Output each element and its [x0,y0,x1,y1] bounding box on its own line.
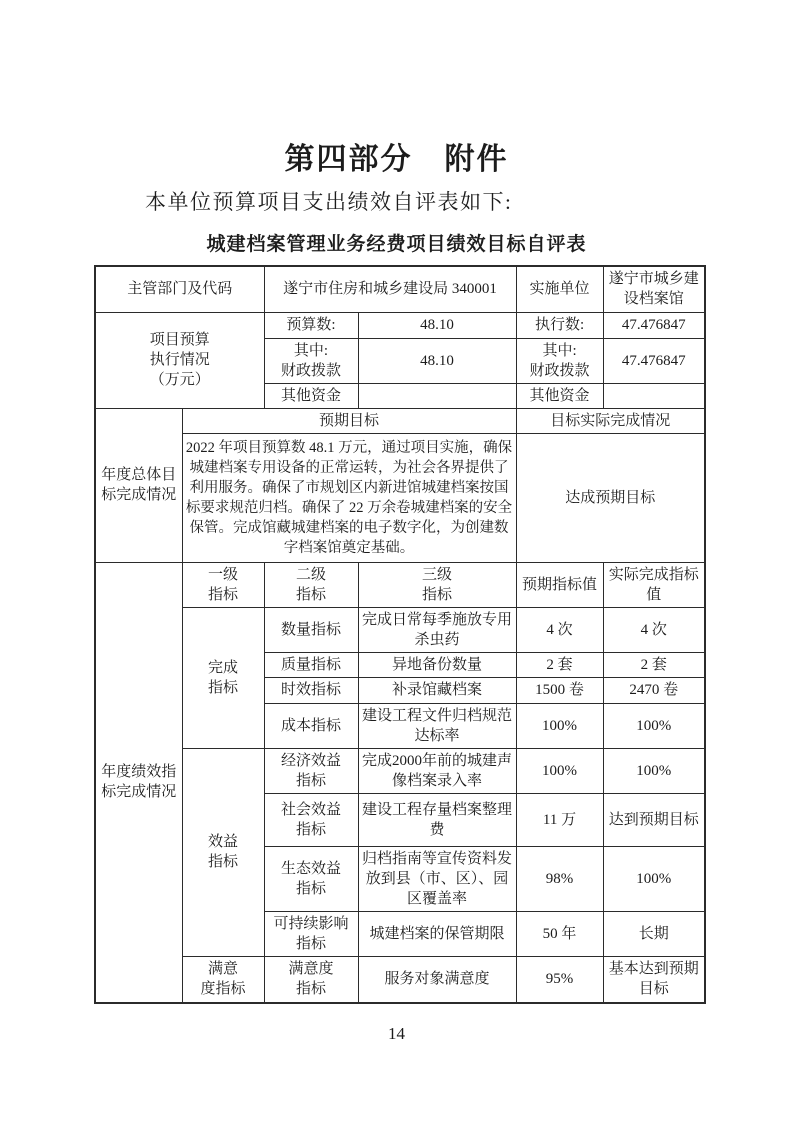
actual-value-cell: 4 次 [603,607,705,652]
exec-label-cell: 执行数: [516,312,603,338]
level2-cell: 经济效益 指标 [264,748,358,793]
budget-value-cell: 48.10 [358,338,516,383]
actual-value-cell: 长期 [603,911,705,956]
level3-cell: 归档指南等宣传资料发放到县（市、区）、园区覆盖率 [358,846,516,911]
expected-goal-text-cell: 2022 年项目预算数 48.1 万元，通过项目实施，确保城建档案专用设备的正常… [182,433,516,562]
table-row: 年度绩效指 标完成情况 一级 指标 二级 指标 三级 指标 预期指标值 实际完成… [95,562,705,607]
budget-label-cell: 其他资金 [264,383,358,408]
expected-value-cell: 1500 卷 [516,677,603,703]
budget-value-cell [358,383,516,408]
table-title: 城建档案管理业务经费项目绩效目标自评表 [0,229,793,256]
dept-label-cell: 主管部门及代码 [95,266,264,312]
level3-cell: 服务对象满意度 [358,956,516,1003]
table-row: 项目预算 执行情况 （万元） 预算数: 48.10 执行数: 47.476847 [95,312,705,338]
actual-goal-text-cell: 达成预期目标 [516,433,705,562]
budget-section-cell: 项目预算 执行情况 （万元） [95,312,264,408]
page-number: 14 [0,1024,793,1044]
level2-cell: 时效指标 [264,677,358,703]
page-heading: 第四部分 附件 [0,134,793,178]
exec-value-cell [603,383,705,408]
level3-cell: 城建档案的保管期限 [358,911,516,956]
expected-value-cell: 95% [516,956,603,1003]
level2-cell: 生态效益 指标 [264,846,358,911]
expected-value-cell: 100% [516,703,603,748]
expected-value-cell: 2 套 [516,652,603,677]
actual-value-cell: 基本达到预期目标 [603,956,705,1003]
expected-value-cell: 98% [516,846,603,911]
exec-label-cell: 其他资金 [516,383,603,408]
level3-cell: 建设工程文件归档规范达标率 [358,703,516,748]
expected-value-cell: 11 万 [516,793,603,846]
expected-goal-header-cell: 预期目标 [182,408,516,433]
impl-unit-value-cell: 遂宁市城乡建设档案馆 [603,266,705,312]
level3-header-cell: 三级 指标 [358,562,516,607]
actual-value-cell: 100% [603,703,705,748]
indicators-section-cell: 年度绩效指 标完成情况 [95,562,182,1003]
intro-line: 本单位预算项目支出绩效自评表如下: [145,186,512,216]
level1-header-cell: 一级 指标 [182,562,264,607]
dept-value-cell: 遂宁市住房和城乡建设局 340001 [264,266,516,312]
level1-cell: 完成 指标 [182,607,264,748]
actual-value-cell: 2470 卷 [603,677,705,703]
actual-value-cell: 2 套 [603,652,705,677]
actual-value-cell: 达到预期目标 [603,793,705,846]
actual-header-cell: 实际完成指标值 [603,562,705,607]
table-row: 满意 度指标 满意度 指标 服务对象满意度 95% 基本达到预期目标 [95,956,705,1003]
expected-value-cell: 4 次 [516,607,603,652]
table-row: 年度总体目 标完成情况 预期目标 目标实际完成情况 [95,408,705,433]
impl-unit-label-cell: 实施单位 [516,266,603,312]
self-evaluation-table: 主管部门及代码 遂宁市住房和城乡建设局 340001 实施单位 遂宁市城乡建设档… [94,265,706,1004]
level2-cell: 数量指标 [264,607,358,652]
level2-cell: 质量指标 [264,652,358,677]
level2-header-cell: 二级 指标 [264,562,358,607]
exec-label-cell: 其中: 财政拨款 [516,338,603,383]
table-row: 主管部门及代码 遂宁市住房和城乡建设局 340001 实施单位 遂宁市城乡建设档… [95,266,705,312]
level2-cell: 满意度 指标 [264,956,358,1003]
actual-value-cell: 100% [603,748,705,793]
exec-value-cell: 47.476847 [603,338,705,383]
expected-value-cell: 100% [516,748,603,793]
level2-cell: 可持续影响 指标 [264,911,358,956]
table-row: 2022 年项目预算数 48.1 万元，通过项目实施，确保城建档案专用设备的正常… [95,433,705,562]
exec-value-cell: 47.476847 [603,312,705,338]
annual-goal-section-cell: 年度总体目 标完成情况 [95,408,182,562]
actual-value-cell: 100% [603,846,705,911]
level3-cell: 建设工程存量档案整理费 [358,793,516,846]
level3-cell: 异地备份数量 [358,652,516,677]
budget-label-cell: 预算数: [264,312,358,338]
level1-cell: 效益 指标 [182,748,264,956]
expected-value-cell: 50 年 [516,911,603,956]
level1-cell: 满意 度指标 [182,956,264,1003]
level2-cell: 社会效益 指标 [264,793,358,846]
level2-cell: 成本指标 [264,703,358,748]
level3-cell: 补录馆藏档案 [358,677,516,703]
budget-value-cell: 48.10 [358,312,516,338]
budget-label-cell: 其中: 财政拨款 [264,338,358,383]
expected-header-cell: 预期指标值 [516,562,603,607]
table-row: 效益 指标 经济效益 指标 完成2000年前的城建声像档案录入率 100% 10… [95,748,705,793]
actual-goal-header-cell: 目标实际完成情况 [516,408,705,433]
level3-cell: 完成2000年前的城建声像档案录入率 [358,748,516,793]
level3-cell: 完成日常每季施放专用杀虫药 [358,607,516,652]
table-row: 完成 指标 数量指标 完成日常每季施放专用杀虫药 4 次 4 次 [95,607,705,652]
